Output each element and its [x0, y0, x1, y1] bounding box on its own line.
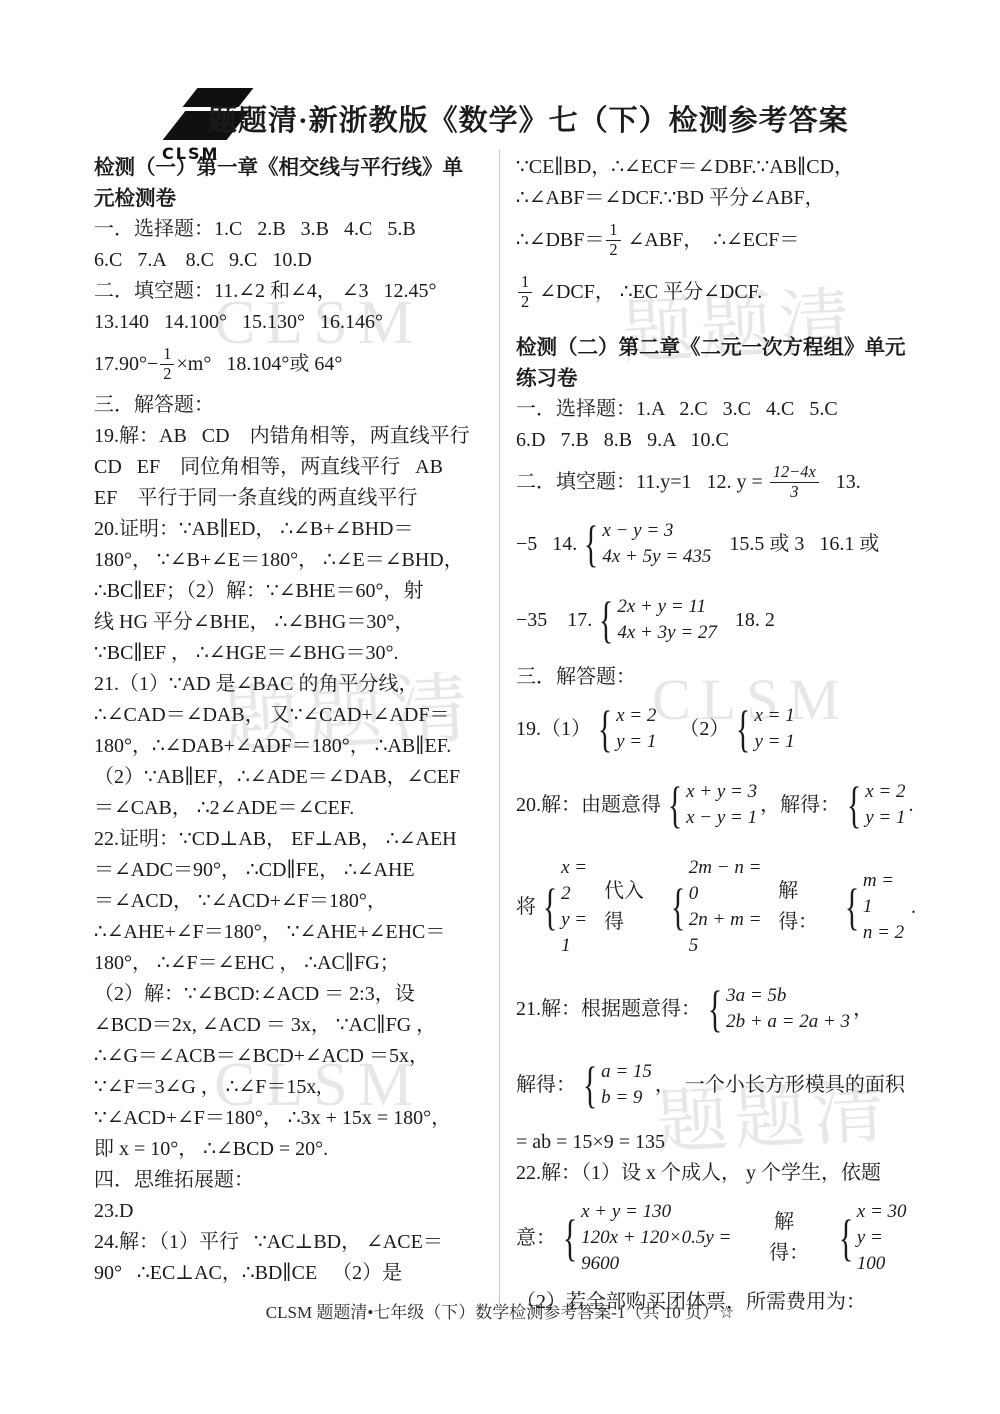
text-line: 22.证明：∵CD⊥AB， EF⊥AB， ∴∠AEH	[94, 824, 494, 855]
math-text: 15.5 或 3 16.1 或	[714, 529, 879, 560]
equation-system: { x + y = 3 x − y = 1	[664, 779, 757, 831]
section1-title: 检测（一）第一章《相交线与平行线》单	[94, 152, 494, 183]
page-title: 题题清·新浙教版《数学》七（下）检测参考答案	[208, 98, 928, 139]
left-column: 检测（一）第一章《相交线与平行线》单 元检测卷 一．选择题：1.C 2.B 3.…	[94, 152, 494, 1289]
left-brace: {	[708, 984, 722, 1035]
text-line: 6.C 7.A 8.C 9.C 10.D	[94, 245, 494, 276]
column-divider	[499, 150, 500, 1310]
answer-21-line1: 21.解：根据题意得： { 3a = 5b 2b + a = 2a + 3 ，	[516, 981, 916, 1037]
text-line: 二．填空题：11.∠2 和∠4， ∠3 12.45°	[94, 276, 494, 307]
proof-line-frac: ∴∠DBF＝ 1 2 ∠ABF， ∴∠ECF＝	[516, 214, 916, 266]
text-line: 21.（1）∵AD 是∠BAC 的角平分线，	[94, 669, 494, 700]
math-text: −35 17.	[516, 605, 592, 636]
equation-system: { x = 30 y = 100	[835, 1199, 913, 1277]
text-line: ∴∠AHE+∠F＝180°， ∵∠AHE+∠EHC＝	[94, 917, 494, 948]
equation: 4x + 3y = 27	[617, 620, 717, 646]
text-line: ＝∠CAB， ∴2∠ADE＝∠CEF.	[94, 793, 494, 824]
equation: y = 1	[561, 907, 601, 959]
equation-system: { x = 2 y = 1	[539, 855, 601, 959]
equation: x = 2	[865, 779, 905, 805]
equation: x = 30	[857, 1199, 913, 1225]
text-line: CD EF 同位角相等，两直线平行 AB	[94, 452, 494, 483]
equation-system: { m = 1 n = 2	[841, 868, 908, 946]
math-text: 21.解：根据题意得：	[516, 994, 701, 1025]
text-line: 180°， ∵∠B+∠E＝180°， ∴∠E＝∠BHD，	[94, 545, 494, 576]
text-line: 20.证明：∵AB∥ED， ∴∠B+∠BHD＝	[94, 514, 494, 545]
section1-title: 元检测卷	[94, 183, 494, 214]
section2-title: 检测（二）第二章《二元一次方程组》单元	[516, 332, 916, 363]
fraction: 1 2	[518, 273, 532, 311]
page-canvas: CLSM 题题清 CLSM 题题清 CLSM 题题清 CLSM 题题清·新浙教版…	[0, 0, 1000, 1414]
text-line: ＝∠ACD， ∵∠ACD+∠F＝180°，	[94, 886, 494, 917]
math-text: ∠ABF， ∴∠ECF＝	[623, 225, 800, 256]
math-text: −5 14.	[516, 529, 577, 560]
math-text: .	[908, 790, 913, 821]
left-brace: {	[668, 780, 682, 831]
equation: y = 1	[865, 805, 905, 831]
math-text: 解得：	[516, 1070, 576, 1101]
text-line: ∵CE∥BD，∴∠ECF＝∠DBF.∵AB∥CD，	[516, 152, 916, 183]
page-footer: CLSM 题题清•七年级（下）数学检测参考答案-1（共 10 页）☆	[0, 1298, 1000, 1323]
math-text: 意：	[516, 1223, 556, 1254]
fill-in-answer-17: −35 17. { 2x + y = 11 4x + 3y = 27 18. 2	[516, 592, 916, 648]
text-line: （2）∵AB∥EF，∴∠ADE＝∠DAB，∠CEF	[94, 762, 494, 793]
equation: 3a = 5b	[726, 983, 850, 1009]
math-text: 17.90°−	[94, 349, 158, 380]
math-text: 代入得	[604, 876, 664, 938]
proof-line-frac: 1 2 ∠DCF， ∴EC 平分∠DCF.	[516, 266, 916, 318]
equation: x = 1	[754, 703, 794, 729]
text-line: 四．思维拓展题：	[94, 1165, 494, 1196]
section3-label: 三．解答题：	[516, 662, 916, 693]
math-text: 二．填空题：11.y=1 12. y =	[516, 467, 768, 498]
fraction-denominator: 3	[787, 483, 801, 501]
text-line: 一．选择题：1.A 2.C 3.C 4.C 5.C	[516, 394, 916, 425]
text-line: ∴BC∥EF；（2）解：∵∠BHE＝60°，射	[94, 576, 494, 607]
text-line: 24.解：（1）平行 ∵AC⊥BD， ∠ACE＝	[94, 1227, 494, 1258]
answer-19: 19.（1） { x = 2 y = 1 （2） { x = 1 y = 1	[516, 701, 916, 757]
equation: 4x + 5y = 435	[602, 544, 711, 570]
math-text: 19.（1）	[516, 714, 591, 745]
equation: x − y = 3	[602, 518, 711, 544]
equation-system: { x = 2 y = 1	[594, 703, 656, 755]
text-line: ∠BCD＝2x, ∠ACD ＝ 3x， ∵AC∥FG ，	[94, 1010, 494, 1041]
fill-in-answer-14: −5 14. { x − y = 3 4x + 5y = 435 15.5 或 …	[516, 516, 916, 572]
equation: a = 15	[601, 1059, 652, 1085]
fraction-denominator: 2	[606, 241, 620, 259]
equation-system: { x − y = 3 4x + 5y = 435	[580, 518, 711, 570]
equation: 120x + 120×0.5y = 9600	[581, 1225, 766, 1277]
equation: 2m − n = 0	[689, 855, 775, 907]
math-text: 20.解：由题意得	[516, 790, 661, 821]
left-brace: {	[584, 519, 598, 570]
section2-title: 练习卷	[516, 363, 916, 394]
text-line: 90° ∴EC⊥AC，∴BD∥CE （2）是	[94, 1258, 494, 1289]
fraction-numerator: 1	[606, 221, 620, 240]
left-brace: {	[845, 882, 859, 933]
left-brace: {	[563, 1213, 577, 1264]
text-line: 线 HG 平分∠BHE， ∴∠BHG＝30°，	[94, 607, 494, 638]
equation: n = 2	[863, 920, 908, 946]
left-brace: {	[671, 882, 685, 933]
equation: 2x + y = 11	[617, 594, 717, 620]
text-line: 19.解：AB CD 内错角相等，两直线平行	[94, 421, 494, 452]
right-column: ∵CE∥BD，∴∠ECF＝∠DBF.∵AB∥CD，∴∠ABF＝∠DCF.∵BD …	[516, 152, 916, 1318]
fraction-denominator: 2	[518, 293, 532, 311]
text-line: （2）解：∵∠BCD:∠ACD ＝ 2:3，设	[94, 979, 494, 1010]
equation-system: { a = 15 b = 9	[579, 1059, 652, 1111]
fraction: 12−4x 3	[770, 463, 819, 501]
equation: b = 9	[601, 1085, 652, 1111]
answer-22-line2: 意： { x + y = 130 120x + 120×0.5y = 9600 …	[516, 1197, 916, 1279]
answer-22-line1: 22.解：（1）设 x 个成人， y 个学生，依题	[516, 1158, 916, 1189]
text-line: ∴∠CAD＝∠DAB， 又∵∠CAD+∠ADF＝	[94, 700, 494, 731]
fill-in-answer-17: 17.90°− 1 2 ×m° 18.104°或 64°	[94, 338, 494, 390]
text-line: 一．选择题：1.C 2.B 3.B 4.C 5.B	[94, 214, 494, 245]
equation-system: { 2x + y = 11 4x + 3y = 27	[595, 594, 717, 646]
text-line: ∵∠F＝3∠G ， ∴∠F＝15x,	[94, 1072, 494, 1103]
left-brace: {	[736, 704, 750, 755]
equation-system: { x + y = 130 120x + 120×0.5y = 9600	[559, 1199, 766, 1277]
equation: x + y = 3	[686, 779, 757, 805]
math-text: ∠DCF， ∴EC 平分∠DCF.	[534, 277, 762, 308]
math-text: 将	[516, 892, 536, 923]
right-answer-lines-b: 一．选择题：1.A 2.C 3.C 4.C 5.C6.D 7.B 8.B 9.A…	[516, 394, 916, 456]
equation: x = 2	[616, 703, 656, 729]
math-text: 解得：	[769, 1207, 832, 1269]
math-text: 解得：	[778, 876, 838, 938]
fraction-numerator: 1	[160, 345, 174, 364]
equation: x = 2	[561, 855, 601, 907]
text-line: 即 x = 10°， ∴∠BCD = 20°.	[94, 1134, 494, 1165]
text-line: 13.140 14.100° 15.130° 16.146°	[94, 307, 494, 338]
text-line: 180°，∴∠DAB+∠ADF＝180°， ∴AB∥EF.	[94, 731, 494, 762]
fill-in-answer-12: 二．填空题：11.y=1 12. y = 12−4x 3 13.	[516, 456, 916, 508]
text-line: 23.D	[94, 1196, 494, 1227]
equation-system: { 3a = 5b 2b + a = 2a + 3	[704, 983, 850, 1035]
equation: x + y = 130	[581, 1199, 766, 1225]
left-answer-lines-b: 三．解答题：19.解：AB CD 内错角相等，两直线平行CD EF 同位角相等，…	[94, 390, 494, 1289]
answer-21-result: = ab = 15×9 = 135	[516, 1127, 916, 1158]
equation-system: { 2m − n = 0 2n + m = 5	[667, 855, 775, 959]
equation: m = 1	[863, 868, 908, 920]
math-text: ∴∠DBF＝	[516, 225, 604, 256]
math-text: ， 一个小长方形模具的面积	[655, 1070, 905, 1101]
right-answer-lines-a: ∵CE∥BD，∴∠ECF＝∠DBF.∵AB∥CD，∴∠ABF＝∠DCF.∵BD …	[516, 152, 916, 214]
math-text: ，	[853, 994, 873, 1025]
equation: y = 100	[857, 1225, 913, 1277]
equation: x − y = 1	[686, 805, 757, 831]
left-brace: {	[599, 595, 613, 646]
left-brace: {	[543, 882, 557, 933]
math-text: （2）	[659, 714, 729, 745]
text-line: ∵∠ACD+∠F＝180°， ∴3x + 15x = 180°，	[94, 1103, 494, 1134]
left-brace: {	[583, 1060, 597, 1111]
math-text: ×m° 18.104°或 64°	[176, 349, 342, 380]
equation: 2n + m = 5	[689, 907, 775, 959]
answer-20-line2: 将 { x = 2 y = 1 代入得 { 2m − n = 0 2n + m …	[516, 853, 916, 961]
math-text: ，解得：	[760, 790, 840, 821]
left-brace: {	[839, 1213, 853, 1264]
fraction: 1 2	[160, 345, 174, 383]
fraction: 1 2	[606, 221, 620, 259]
left-answer-lines-a: 一．选择题：1.C 2.B 3.B 4.C 5.B6.C 7.A 8.C 9.C…	[94, 214, 494, 338]
text-line: 6.D 7.B 8.B 9.A 10.C	[516, 425, 916, 456]
equation: y = 1	[754, 729, 794, 755]
math-text: 18. 2	[720, 605, 775, 636]
equation-system: { x = 1 y = 1	[732, 703, 794, 755]
text-line: ∴∠G＝∠ACB＝∠BCD+∠ACD ＝5x，	[94, 1041, 494, 1072]
text-line: ∵BC∥EF ， ∴∠HGE＝∠BHG＝30°.	[94, 638, 494, 669]
equation: y = 1	[616, 729, 656, 755]
equation-system: { x = 2 y = 1	[843, 779, 905, 831]
answer-21-line2: 解得： { a = 15 b = 9 ， 一个小长方形模具的面积	[516, 1057, 916, 1113]
fraction-numerator: 1	[518, 273, 532, 292]
answer-sheet-page: { "page": { "bg": "#ffffff", "text_color…	[0, 0, 1000, 1414]
text-line: EF 平行于同一条直线的两直线平行	[94, 483, 494, 514]
text-line: 180°， ∴∠F＝∠EHC ， ∴AC∥FG；	[94, 948, 494, 979]
text-line: 三．解答题：	[94, 390, 494, 421]
equation: 2b + a = 2a + 3	[726, 1009, 850, 1035]
left-brace: {	[598, 704, 612, 755]
text-line: ∴∠ABF＝∠DCF.∵BD 平分∠ABF，	[516, 183, 916, 214]
fraction-denominator: 2	[160, 365, 174, 383]
left-brace: {	[847, 780, 861, 831]
fraction-numerator: 12−4x	[770, 463, 819, 482]
text-line: ＝∠ADC＝90°， ∴CD∥FE， ∴∠AHE	[94, 855, 494, 886]
answer-20-line1: 20.解：由题意得 { x + y = 3 x − y = 1 ，解得： { x…	[516, 777, 916, 833]
math-text: .	[911, 892, 916, 923]
math-text: 13.	[821, 467, 861, 498]
